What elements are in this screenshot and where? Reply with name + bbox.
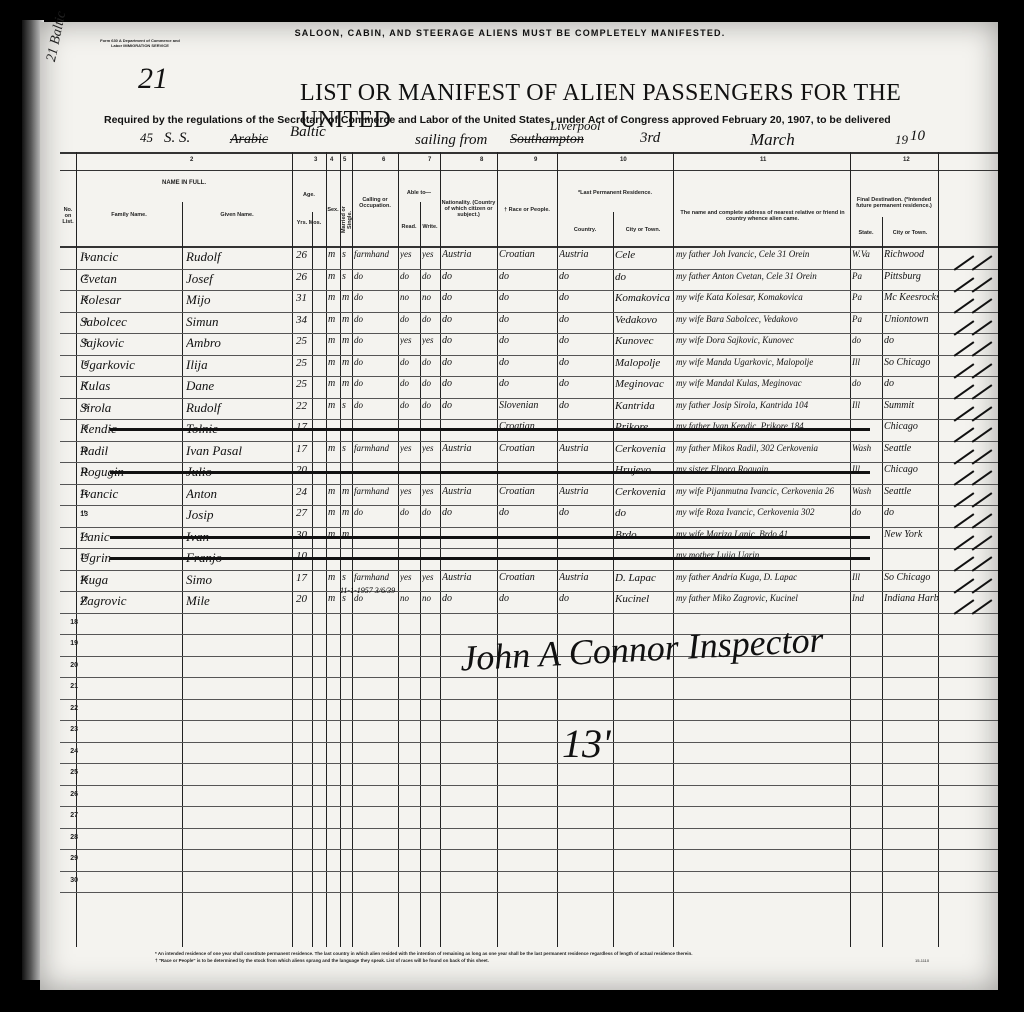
table-row: 21 bbox=[60, 678, 998, 697]
nationality: Austria bbox=[442, 486, 497, 497]
race: Slovenian bbox=[499, 400, 557, 411]
can-write: do bbox=[422, 271, 440, 281]
country: do bbox=[559, 593, 613, 604]
table-row: 16KugaSimo17msfarmhandyesyesAustriaCroat… bbox=[60, 571, 998, 590]
can-write: do bbox=[422, 314, 440, 324]
dest-city: Chicago bbox=[884, 464, 938, 475]
nearest-relative: my wife Mandal Kulas, Meginovac bbox=[676, 378, 848, 388]
country: do bbox=[559, 378, 613, 389]
city: Cerkovenia bbox=[615, 486, 673, 498]
large-mark: 13' bbox=[562, 720, 611, 767]
age: 24 bbox=[296, 486, 316, 498]
col-num-8: 8 bbox=[480, 157, 483, 163]
hdr-married-single: Married or Single. bbox=[341, 197, 352, 242]
hdr-dest-city: City or Town. bbox=[882, 230, 938, 236]
city: Vedakovo bbox=[615, 314, 673, 326]
dest-city: Richwood bbox=[884, 249, 938, 260]
country: do bbox=[559, 292, 613, 303]
table-row: 7KulasDane25mmdodododododoMeginovacmy wi… bbox=[60, 377, 998, 396]
nationality: do bbox=[442, 357, 497, 368]
dest-city: do bbox=[884, 335, 938, 346]
nationality: do bbox=[442, 507, 497, 518]
family-name: Ivancic bbox=[80, 249, 180, 265]
family-name: Sabolcec bbox=[80, 314, 180, 330]
nationality: Austria bbox=[442, 249, 497, 260]
can-write: yes bbox=[422, 443, 440, 453]
dest-state: Ill bbox=[852, 357, 882, 367]
nationality: do bbox=[442, 271, 497, 282]
can-write: do bbox=[422, 357, 440, 367]
occupation: farmhand bbox=[354, 443, 398, 453]
age: 27 bbox=[296, 507, 316, 519]
table-row: 12IvancicAnton24mmfarmhandyesyesAustriaC… bbox=[60, 485, 998, 504]
family-name: " bbox=[80, 507, 180, 523]
city: Kunovec bbox=[615, 335, 673, 347]
col-num-11: 11 bbox=[760, 157, 766, 163]
can-write: yes bbox=[422, 249, 440, 259]
country: do bbox=[559, 400, 613, 411]
nearest-relative: my father Andria Kuga, D. Lapac bbox=[676, 572, 848, 582]
occupation: do bbox=[354, 271, 398, 281]
nationality: do bbox=[442, 378, 497, 389]
row-number: 22 bbox=[58, 705, 78, 712]
table-row: 27 bbox=[60, 807, 998, 826]
can-read: yes bbox=[400, 572, 420, 582]
family-name: Radil bbox=[80, 443, 180, 459]
dest-state: Ill bbox=[852, 572, 882, 582]
occupation: farmhand bbox=[354, 249, 398, 259]
country: do bbox=[559, 357, 613, 368]
country: do bbox=[559, 271, 613, 282]
family-name: Kulas bbox=[80, 378, 180, 394]
age: 20 bbox=[296, 593, 316, 605]
can-write: no bbox=[422, 593, 440, 603]
marital-status: m bbox=[342, 335, 352, 346]
dest-state: Pa bbox=[852, 271, 882, 281]
age: 17 bbox=[296, 421, 316, 433]
table-row: 14LanicIvan30mmBrdomy wife Mariza Lanic,… bbox=[60, 528, 998, 547]
marital-status: s bbox=[342, 249, 352, 260]
family-name: Zagrovic bbox=[80, 593, 180, 609]
sex: m bbox=[328, 271, 340, 282]
dest-city: New York bbox=[884, 529, 938, 540]
given-name: Mijo bbox=[186, 292, 290, 308]
age: 25 bbox=[296, 335, 316, 347]
race: do bbox=[499, 271, 557, 282]
col-num-12: 12 bbox=[903, 157, 910, 163]
nearest-relative: my father Anton Cvetan, Cele 31 Orein bbox=[676, 271, 848, 281]
hdr-sex: Sex. bbox=[326, 207, 340, 213]
sex: m bbox=[328, 593, 340, 604]
page-number: 21 bbox=[138, 62, 168, 96]
given-name: Rudolf bbox=[186, 400, 290, 416]
nearest-relative: my wife Kata Kolesar, Komakovica bbox=[676, 292, 848, 302]
dest-city: Pittsburg bbox=[884, 271, 938, 282]
nearest-relative: my father Josip Sirola, Kantrida 104 bbox=[676, 400, 848, 410]
ship-name-struck: Arabic bbox=[230, 132, 268, 148]
family-name: Sajkovic bbox=[80, 335, 180, 351]
can-read: yes bbox=[400, 335, 420, 345]
marital-status: m bbox=[342, 378, 352, 389]
sex: m bbox=[328, 314, 340, 325]
hdr-race: † Race or People. bbox=[497, 207, 557, 213]
footer-notes: * An intended residence of one year shal… bbox=[155, 950, 955, 964]
can-write: do bbox=[422, 507, 440, 517]
can-read: no bbox=[400, 292, 420, 302]
nationality: do bbox=[442, 335, 497, 346]
year-prefix: 19 bbox=[895, 132, 908, 148]
col-num-10: 10 bbox=[620, 157, 627, 163]
nearest-relative: my wife Pijanmutna Ivancic, Cerkovenia 2… bbox=[676, 486, 848, 496]
race: Croatian bbox=[499, 443, 557, 454]
age: 25 bbox=[296, 357, 316, 369]
row-number: 24 bbox=[58, 748, 78, 755]
nearest-relative: my wife Manda Ugarkovic, Malopolje bbox=[676, 357, 848, 367]
country: do bbox=[559, 507, 613, 518]
dest-city: So Chicago bbox=[884, 357, 938, 368]
table-row: 17ZagrovicMile20msdononodododoKucinelmy … bbox=[60, 592, 998, 611]
dest-city: Chicago bbox=[884, 421, 938, 432]
table-row: 2CvetanJosef26msdododododododomy father … bbox=[60, 270, 998, 289]
age: 34 bbox=[296, 314, 316, 326]
occupation: farmhand bbox=[354, 486, 398, 496]
table-row: 23 bbox=[60, 721, 998, 740]
age: 17 bbox=[296, 572, 316, 584]
can-read: do bbox=[400, 507, 420, 517]
strike-through-line bbox=[110, 557, 870, 560]
dest-city: Indiana Harbor bbox=[884, 593, 938, 604]
manifest-table: 2 3 4 5 6 7 8 9 10 11 12 No. on List. NA… bbox=[60, 152, 998, 947]
given-name: Rudolf bbox=[186, 249, 290, 265]
dest-state: Wash bbox=[852, 486, 882, 496]
race: do bbox=[499, 314, 557, 325]
col-num-4: 4 bbox=[330, 157, 333, 163]
table-row: 11RoguginJulio20Hrujevomy sister Elnora … bbox=[60, 463, 998, 482]
table-row: 3KolesarMijo31mmdononodododoKomakovicamy… bbox=[60, 291, 998, 310]
can-write: do bbox=[422, 400, 440, 410]
city: do bbox=[615, 271, 673, 283]
race: do bbox=[499, 507, 557, 518]
hdr-age: Age. bbox=[292, 192, 326, 198]
given-name: Dane bbox=[186, 378, 290, 394]
hdr-given-name: Given Name. bbox=[182, 212, 292, 218]
age: 30 bbox=[296, 529, 316, 541]
can-read: do bbox=[400, 400, 420, 410]
footer-note-2: † "Race or People" is to be determined b… bbox=[155, 957, 955, 964]
dest-state: Ind bbox=[852, 593, 882, 603]
dest-state: Wash bbox=[852, 443, 882, 453]
row-number: 29 bbox=[58, 855, 78, 862]
row16-annotation: 11-1-1957 3/6/39 bbox=[340, 586, 395, 595]
family-name: Sirola bbox=[80, 400, 180, 416]
can-write: yes bbox=[422, 486, 440, 496]
given-name: Simun bbox=[186, 314, 290, 330]
given-name: Josef bbox=[186, 271, 290, 287]
can-read: do bbox=[400, 357, 420, 367]
city: Kantrida bbox=[615, 400, 673, 412]
dest-state: Pa bbox=[852, 314, 882, 324]
city: Cele bbox=[615, 249, 673, 261]
marital-status: s bbox=[342, 443, 352, 454]
marital-status: s bbox=[342, 271, 352, 282]
occupation: farmhand bbox=[354, 572, 398, 582]
row-number: 25 bbox=[58, 769, 78, 776]
row-number: 21 bbox=[58, 683, 78, 690]
dest-state: do bbox=[852, 335, 882, 345]
marital-status: s bbox=[342, 572, 352, 583]
occupation: do bbox=[354, 400, 398, 410]
dest-city: Mc Keesrocks bbox=[884, 292, 938, 303]
marital-status: s bbox=[342, 400, 352, 411]
ss-label: S. S. bbox=[164, 130, 190, 147]
can-read: do bbox=[400, 314, 420, 324]
sex: m bbox=[328, 443, 340, 454]
strike-through-line bbox=[110, 536, 870, 539]
given-name: Anton bbox=[186, 486, 290, 502]
nationality: do bbox=[442, 593, 497, 604]
city: Malopolje bbox=[615, 357, 673, 369]
dest-city: Summit bbox=[884, 400, 938, 411]
marital-status: m bbox=[342, 314, 352, 325]
age: 26 bbox=[296, 271, 316, 283]
city: Kucinel bbox=[615, 593, 673, 605]
dest-city: Seattle bbox=[884, 486, 938, 497]
city: Komakovica bbox=[615, 292, 673, 304]
occupation: do bbox=[354, 335, 398, 345]
sex: m bbox=[328, 486, 340, 497]
given-name: Ambro bbox=[186, 335, 290, 351]
country: Austria bbox=[559, 443, 613, 454]
strike-through-line bbox=[110, 428, 870, 431]
hdr-final-destination: Final Destination. (*Intended future per… bbox=[850, 197, 938, 209]
row-number: 27 bbox=[58, 812, 78, 819]
country: Austria bbox=[559, 572, 613, 583]
given-name: Mile bbox=[186, 593, 290, 609]
table-row: 26 bbox=[60, 786, 998, 805]
country: do bbox=[559, 335, 613, 346]
table-row: 30 bbox=[60, 872, 998, 891]
hdr-family-name: Family Name. bbox=[76, 212, 182, 218]
race: do bbox=[499, 593, 557, 604]
banner: SALOON, CABIN, AND STEERAGE ALIENS MUST … bbox=[210, 28, 810, 38]
nearest-relative: my wife Dora Sajkovic, Kunovec bbox=[676, 335, 848, 345]
nearest-relative: my father Joh Ivancic, Cele 31 Orein bbox=[676, 249, 848, 259]
occupation: do bbox=[354, 357, 398, 367]
age: 26 bbox=[296, 249, 316, 261]
dest-city: So Chicago bbox=[884, 572, 938, 583]
city: do bbox=[615, 507, 673, 519]
row-number: 30 bbox=[58, 877, 78, 884]
marital-status: m bbox=[342, 357, 352, 368]
nationality: do bbox=[442, 400, 497, 411]
hdr-city-town: City or Town. bbox=[613, 227, 673, 233]
occupation: do bbox=[354, 314, 398, 324]
footer-note-1: * An intended residence of one year shal… bbox=[155, 950, 955, 957]
age: 25 bbox=[296, 378, 316, 390]
form-code: 15-1110 bbox=[915, 958, 929, 963]
col-num-9: 9 bbox=[534, 157, 537, 163]
race: do bbox=[499, 292, 557, 303]
sex: m bbox=[328, 335, 340, 346]
can-write: yes bbox=[422, 335, 440, 345]
row-number: 26 bbox=[58, 791, 78, 798]
can-write: yes bbox=[422, 572, 440, 582]
hdr-country: Country. bbox=[557, 227, 613, 233]
col-num-5: 5 bbox=[343, 157, 346, 163]
table-row: 9KendicTolnie17CroatianPrikoremy father … bbox=[60, 420, 998, 439]
sex: m bbox=[328, 507, 340, 518]
nearest-relative: my wife Bara Sabolcec, Vedakovo bbox=[676, 314, 848, 324]
given-name: Ilija bbox=[186, 357, 290, 373]
hdr-write: Write. bbox=[420, 224, 440, 230]
table-row: 24 bbox=[60, 743, 998, 762]
table-row: 28 bbox=[60, 829, 998, 848]
hdr-calling: Calling or Occupation. bbox=[352, 197, 398, 209]
race: Croatian bbox=[499, 249, 557, 260]
age: 17 bbox=[296, 443, 316, 455]
ship-name: Baltic bbox=[290, 124, 326, 141]
race: do bbox=[499, 335, 557, 346]
can-read: yes bbox=[400, 249, 420, 259]
date-day: 3rd bbox=[640, 130, 660, 147]
table-row: 13"Josip27mmdododododododomy wife Roza I… bbox=[60, 506, 998, 525]
hdr-state: State. bbox=[850, 230, 882, 236]
dest-city: do bbox=[884, 507, 938, 518]
strike-through-line bbox=[110, 471, 870, 474]
nationality: Austria bbox=[442, 443, 497, 454]
hdr-read: Read. bbox=[398, 224, 420, 230]
given-name: Ivan Pasal bbox=[186, 443, 290, 459]
can-read: do bbox=[400, 378, 420, 388]
dest-state: W.Va bbox=[852, 249, 882, 259]
family-name: Ugarkovic bbox=[80, 357, 180, 373]
age: 10 bbox=[296, 550, 316, 562]
table-row: 5SajkovicAmbro25mmdoyesyesdododoKunovecm… bbox=[60, 334, 998, 353]
family-name: Kuga bbox=[80, 572, 180, 588]
col-num-3: 3 bbox=[314, 157, 317, 163]
city: Hrujevo bbox=[615, 464, 673, 476]
table-row: 6UgarkovicIlija25mmdodododododoMalopolje… bbox=[60, 356, 998, 375]
row-number: 18 bbox=[58, 619, 78, 626]
table-row: 15UgrinFranjo10my mother Luija Ugrin bbox=[60, 549, 998, 568]
dest-city: Uniontown bbox=[884, 314, 938, 325]
table-row: 4SabolcecSimun34mmdodododododoVedakovomy… bbox=[60, 313, 998, 332]
hdr-no-on-list: No. on List. bbox=[60, 207, 76, 225]
family-name: Cvetan bbox=[80, 271, 180, 287]
family-name: Ivancic bbox=[80, 486, 180, 502]
hdr-yrs-mos: Yrs. Mos. bbox=[292, 220, 326, 226]
sex: m bbox=[328, 357, 340, 368]
table-row: 22 bbox=[60, 700, 998, 719]
can-write: do bbox=[422, 378, 440, 388]
city: Prikore bbox=[615, 421, 673, 433]
hdr-last-residence: *Last Permanent Residence. bbox=[557, 190, 673, 196]
nearest-relative: my father Mikos Radil, 302 Cerkovenia bbox=[676, 443, 848, 453]
age: 31 bbox=[296, 292, 316, 304]
row-number: 19 bbox=[58, 640, 78, 647]
can-read: no bbox=[400, 593, 420, 603]
nationality: Austria bbox=[442, 572, 497, 583]
occupation: do bbox=[354, 507, 398, 517]
table-row: 25 bbox=[60, 764, 998, 783]
country: Austria bbox=[559, 486, 613, 497]
marital-status: m bbox=[342, 507, 352, 518]
sex: m bbox=[328, 292, 340, 303]
port-struck: Southampton bbox=[510, 132, 584, 148]
given-name: Simo bbox=[186, 572, 290, 588]
table-row: 18 bbox=[60, 614, 998, 633]
city: Cerkovenia bbox=[615, 443, 673, 455]
race: do bbox=[499, 357, 557, 368]
hdr-name-in-full: NAME IN FULL. bbox=[76, 180, 292, 186]
sex: m bbox=[328, 249, 340, 260]
city: Brdo bbox=[615, 529, 673, 541]
row-number: 28 bbox=[58, 834, 78, 841]
occupation: do bbox=[354, 378, 398, 388]
requirement-text: Required by the regulations of the Secre… bbox=[104, 114, 954, 126]
dest-state: do bbox=[852, 378, 882, 388]
sex: m bbox=[328, 378, 340, 389]
row-number: 20 bbox=[58, 662, 78, 669]
ship-line: 45 S. S. Arabic Baltic sailing from Sout… bbox=[140, 130, 960, 152]
race: Croatian bbox=[499, 572, 557, 583]
dest-state: do bbox=[852, 507, 882, 517]
sex: m bbox=[328, 572, 340, 583]
table-row: 10RadilIvan Pasal17msfarmhandyesyesAustr… bbox=[60, 442, 998, 461]
city: D. Lapac bbox=[615, 572, 673, 584]
marital-status: m bbox=[342, 486, 352, 497]
hdr-able-to: Able to— bbox=[398, 190, 440, 196]
hdr-nationality: Nationality. (Country of which citizen o… bbox=[440, 200, 497, 218]
form-number: Form 630 A Department of Commerce and La… bbox=[100, 38, 180, 48]
dest-city: do bbox=[884, 378, 938, 389]
race: do bbox=[499, 378, 557, 389]
dest-state: Pa bbox=[852, 292, 882, 302]
port: Liverpool bbox=[550, 118, 601, 134]
nearest-relative: my wife Roza Ivancic, Cerkovenia 302 bbox=[676, 507, 848, 517]
given-name: Josip bbox=[186, 507, 290, 523]
date-month: March bbox=[750, 130, 795, 150]
can-write: no bbox=[422, 292, 440, 302]
can-read: yes bbox=[400, 443, 420, 453]
sailing-label: sailing from bbox=[415, 132, 487, 149]
nationality: do bbox=[442, 314, 497, 325]
nationality: do bbox=[442, 292, 497, 303]
age: 20 bbox=[296, 464, 316, 476]
hdr-relative: The name and complete address of nearest… bbox=[680, 210, 845, 222]
year-suffix: 10 bbox=[910, 128, 925, 145]
occupation: do bbox=[354, 292, 398, 302]
country: do bbox=[559, 314, 613, 325]
marital-status: m bbox=[342, 292, 352, 303]
age: 22 bbox=[296, 400, 316, 412]
table-row: 1IvancicRudolf26msfarmhandyesyesAustriaC… bbox=[60, 248, 998, 267]
sex: m bbox=[328, 400, 340, 411]
col-num-2: 2 bbox=[190, 157, 193, 163]
row-number: 23 bbox=[58, 726, 78, 733]
country: Austria bbox=[559, 249, 613, 260]
dest-state: Ill bbox=[852, 400, 882, 410]
family-name: Kolesar bbox=[80, 292, 180, 308]
col-num-6: 6 bbox=[382, 157, 385, 163]
col-num-7: 7 bbox=[428, 157, 431, 163]
list-number: 45 bbox=[140, 130, 153, 146]
nearest-relative: my father Miko Zagrovic, Kucinel bbox=[676, 593, 848, 603]
table-row: 8SirolaRudolf22msdodododoSloveniandoKant… bbox=[60, 399, 998, 418]
can-read: do bbox=[400, 271, 420, 281]
table-row: 29 bbox=[60, 850, 998, 869]
city: Meginovac bbox=[615, 378, 673, 390]
